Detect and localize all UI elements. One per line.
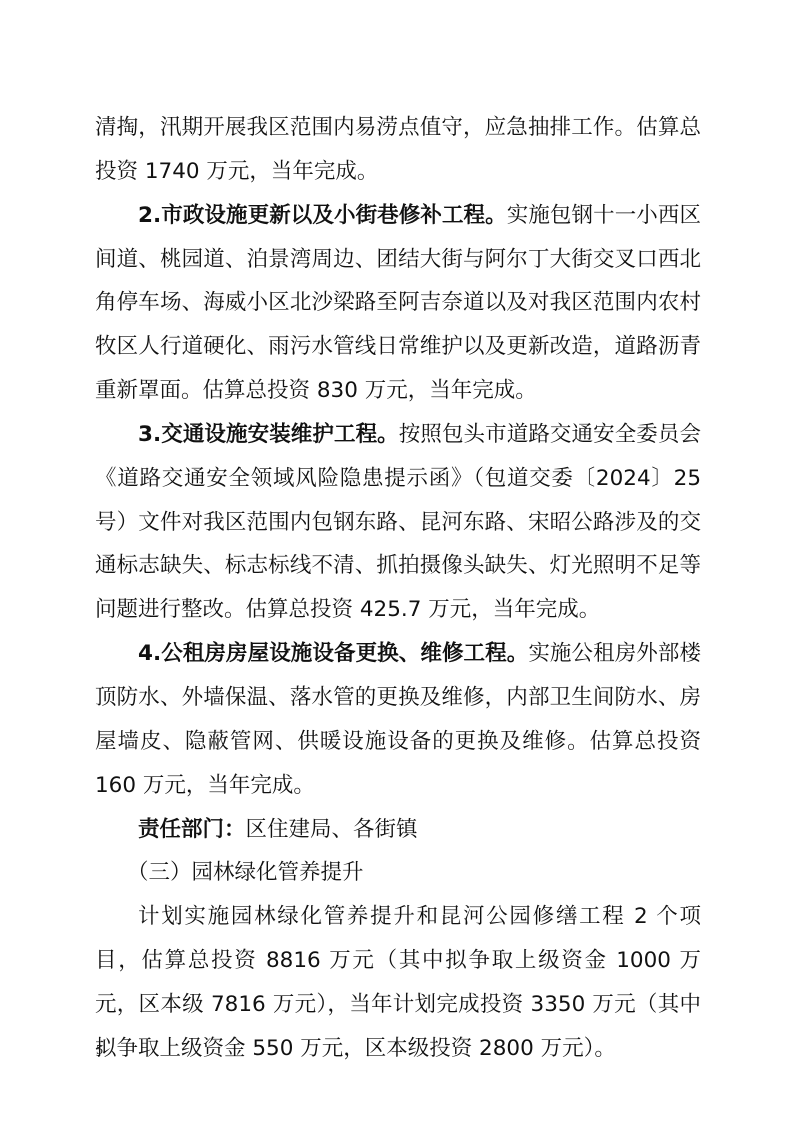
paragraph-traffic-facilities: 3.交通设施安装维护工程。按照包头市道路交通安全委员会《道路交通安全领域风险隐患… <box>95 413 701 632</box>
section-heading-landscaping: （三）园林绿化管养提升 <box>95 851 701 895</box>
paragraph-municipal-facilities: 2.市政设施更新以及小街巷修补工程。实施包钢十一小西区间道、桃园道、泊景湾周边、… <box>95 194 701 413</box>
paragraph-responsible-department: 责任部门：区住建局、各街镇 <box>95 808 701 852</box>
page-number: 5 <box>96 1043 103 1059</box>
paragraph-text: 按照包头市道路交通安全委员会《道路交通安全领域风险隐患提示函》（包道交委〔202… <box>95 422 701 622</box>
paragraph-landscaping-plan: 计划实施园林绿化管养提升和昆河公园修缮工程 2 个项目，估算总投资 8816 万… <box>95 895 701 1070</box>
section-heading-text: （三）园林绿化管养提升 <box>127 860 364 885</box>
paragraph-text: 计划实施园林绿化管养提升和昆河公园修缮工程 2 个项目，估算总投资 8816 万… <box>95 904 701 1061</box>
paragraph-text: 清掏，汛期开展我区范围内易涝点值守，应急抽排工作。估算总投资 1740 万元，当… <box>95 115 701 184</box>
paragraph-public-rental-housing: 4.公租房房屋设施设备更换、维修工程。实施公租房外部楼顶防水、外墙保温、落水管的… <box>95 632 701 807</box>
document-body: 清掏，汛期开展我区范围内易涝点值守，应急抽排工作。估算总投资 1740 万元，当… <box>95 106 701 1071</box>
paragraph-continuation: 清掏，汛期开展我区范围内易涝点值守，应急抽排工作。估算总投资 1740 万元，当… <box>95 106 701 194</box>
responsible-label: 责任部门： <box>138 817 246 842</box>
paragraph-text: 实施包钢十一小西区间道、桃园道、泊景湾周边、团结大街与阿尔丁大街交叉口西北角停车… <box>95 203 701 403</box>
item-heading: 2.市政设施更新以及小街巷修补工程。 <box>138 203 507 228</box>
responsible-value: 区住建局、各街镇 <box>246 817 418 842</box>
item-heading: 4.公租房房屋设施设备更换、维修工程。 <box>138 641 528 666</box>
item-heading: 3.交通设施安装维护工程。 <box>138 422 399 447</box>
